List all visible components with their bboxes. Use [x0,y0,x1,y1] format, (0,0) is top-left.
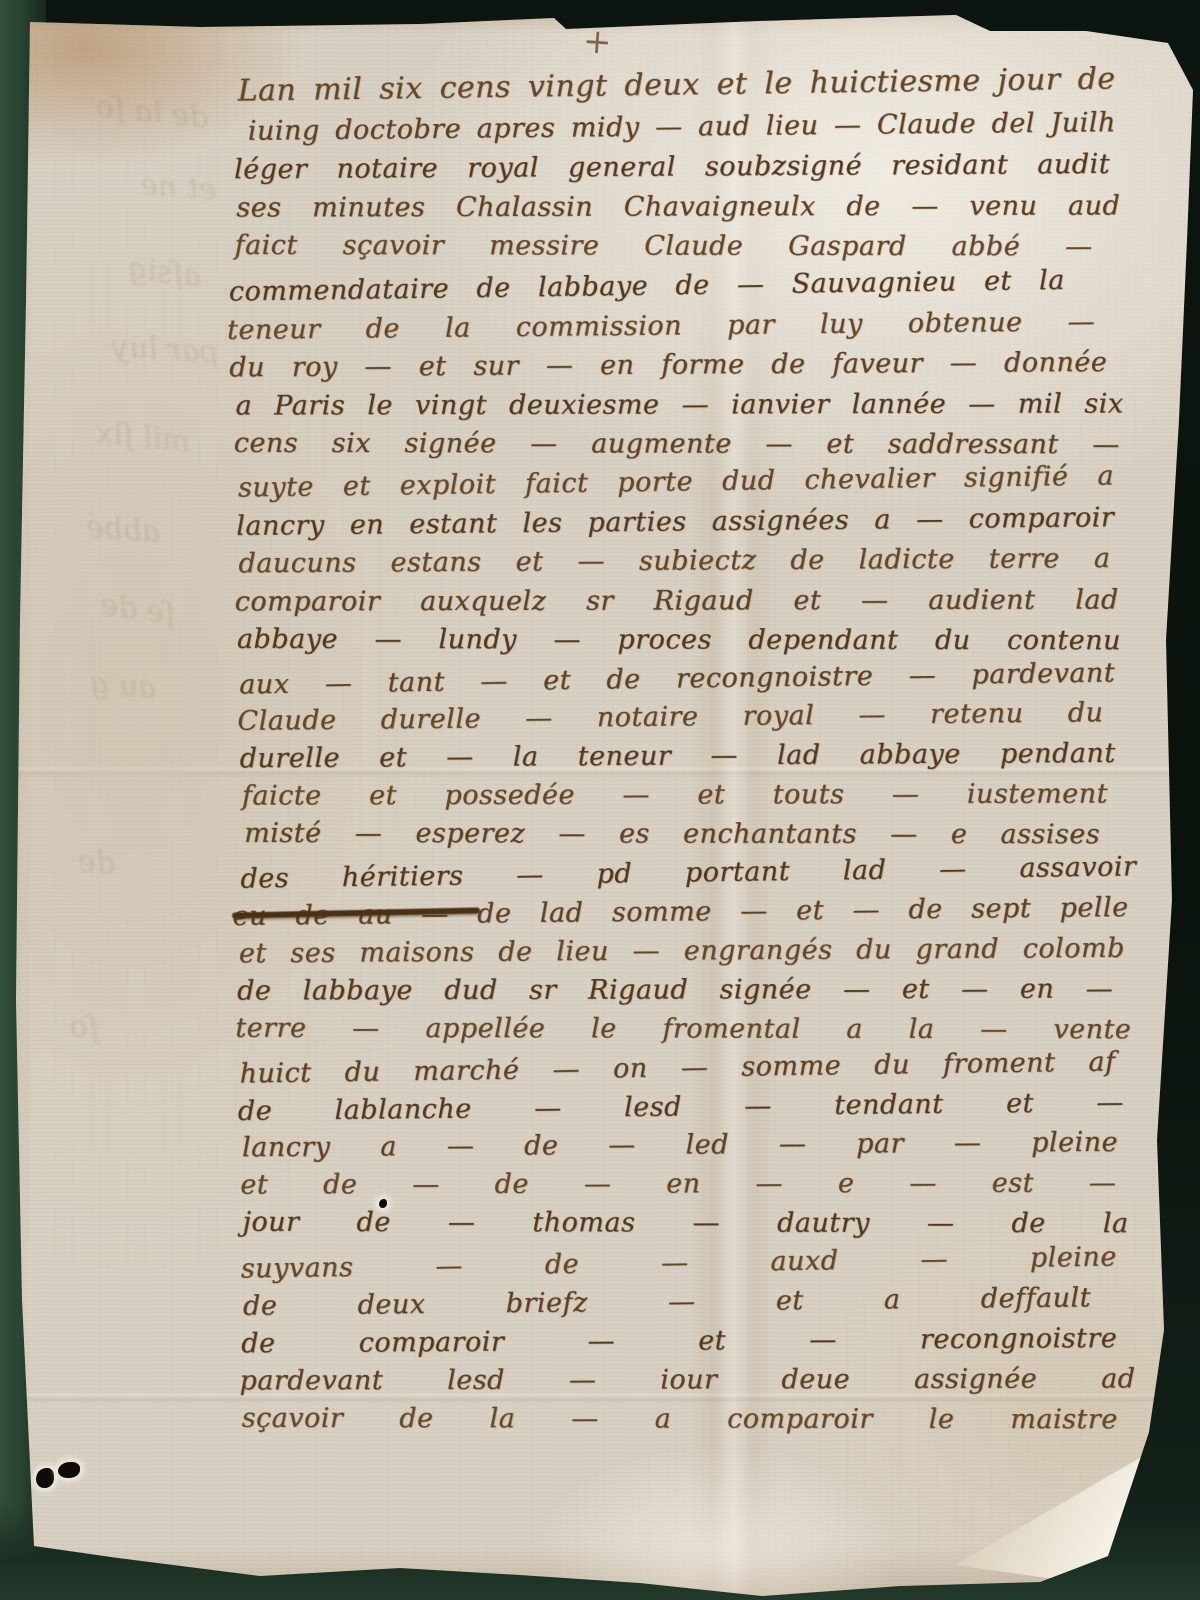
manuscript-line: faict sçavoir messire Claude Gaspard abb… [235,230,1093,263]
wormhole [58,1462,80,1478]
manuscript-line: suyte et exploit faict porte dud chevali… [238,460,1114,504]
manuscript-line: de lablanche — lesd — tendant et — [238,1087,1124,1128]
handwritten-text-block: Lan mil six cens vingt deux et le huicti… [0,0,1200,1600]
manuscript-line: commendataire de labbaye de — Sauvagnieu… [229,265,1065,309]
wormhole [379,1199,387,1208]
manuscript-line: misté — esperez — es enchantants — e ass… [244,818,1100,851]
manuscript-line: sçavoir de la — a comparoir le maistre [242,1403,1118,1436]
manuscript-line: de deux briefz — et a deffault [243,1282,1091,1322]
manuscript-line: comparoir auxquelz sr Rigaud et — audien… [235,585,1119,619]
manuscript-line: lancry a — de — led — par — pleine [242,1127,1118,1164]
manuscript-line: du roy — et sur — en forme de faveur — d… [229,347,1107,384]
manuscript-line: de comparoir — et — recongnoistre [241,1323,1117,1360]
manuscript-line: jour de — thomas — dautry — de la [243,1207,1129,1240]
manuscript-line: ses minutes Chalassin Chavaigneulx de — … [236,191,1120,225]
wormhole [36,1468,54,1488]
bleedthrough-mark: abbé [85,509,161,549]
manuscript-line: faicte et possedée — et touts — iustemen… [242,779,1108,813]
manuscript-line: et de — de — en — e — est — [240,1168,1116,1202]
manuscript-line: daucuns estans et — subiectz de ladicte … [238,543,1110,580]
manuscript-page: + Lan mil six cens vingt deux et le huic… [0,0,1200,1600]
manuscript-line: iuing doctobre apres midy — aud lieu — C… [248,107,1116,148]
bleedthrough-mark: ſo [68,1009,101,1047]
manuscript-line: Lan mil six cens vingt deux et le huicti… [237,63,1115,107]
manuscript-line: suyvans — de — auxd — pleine [241,1241,1117,1285]
manuscript-line: des héritiers — pd portant lad — assavoi… [240,851,1136,895]
manuscript-line: cens six signée — augmente — et saddress… [234,428,1120,461]
manuscript-line: durelle et — la teneur — lad abbaye pend… [240,738,1116,775]
manuscript-line: pardevant lesd — iour deue assignée ad [240,1363,1136,1397]
manuscript-line: huict du marché — on — somme du froment … [239,1046,1115,1090]
manuscript-line: de labbaye dud sr Rigaud signée — et — e… [237,974,1113,1008]
manuscript-line: Claude durelle — notaire royal — retenu … [237,697,1103,738]
manuscript-line: aux — tant — et de recongnoistre — parde… [239,657,1115,701]
manuscript-line: a Paris le vingt deuxiesme — ianvier lan… [236,388,1124,422]
bleedthrough-mark: et ne [139,167,218,207]
manuscript-line: et ses maisons de lieu — engrangés du gr… [239,933,1125,970]
photograph: + Lan mil six cens vingt deux et le huic… [0,0,1200,1600]
manuscript-line: terre — appellée le fromental a la — ven… [235,1013,1131,1046]
manuscript-line: lancry en estant les parties assignées a… [236,502,1114,543]
manuscript-line: léger notaire royal general soubzsigné r… [234,149,1110,186]
manuscript-line: abbaye — lundy — proces dependant du con… [237,624,1121,657]
manuscript-line: teneur de la commission par luy obtenue … [227,306,1095,347]
bleedthrough-mark: de [77,844,116,881]
bleedthrough-mark: par luy [111,329,220,370]
bleedthrough-mark: au g [89,665,158,706]
